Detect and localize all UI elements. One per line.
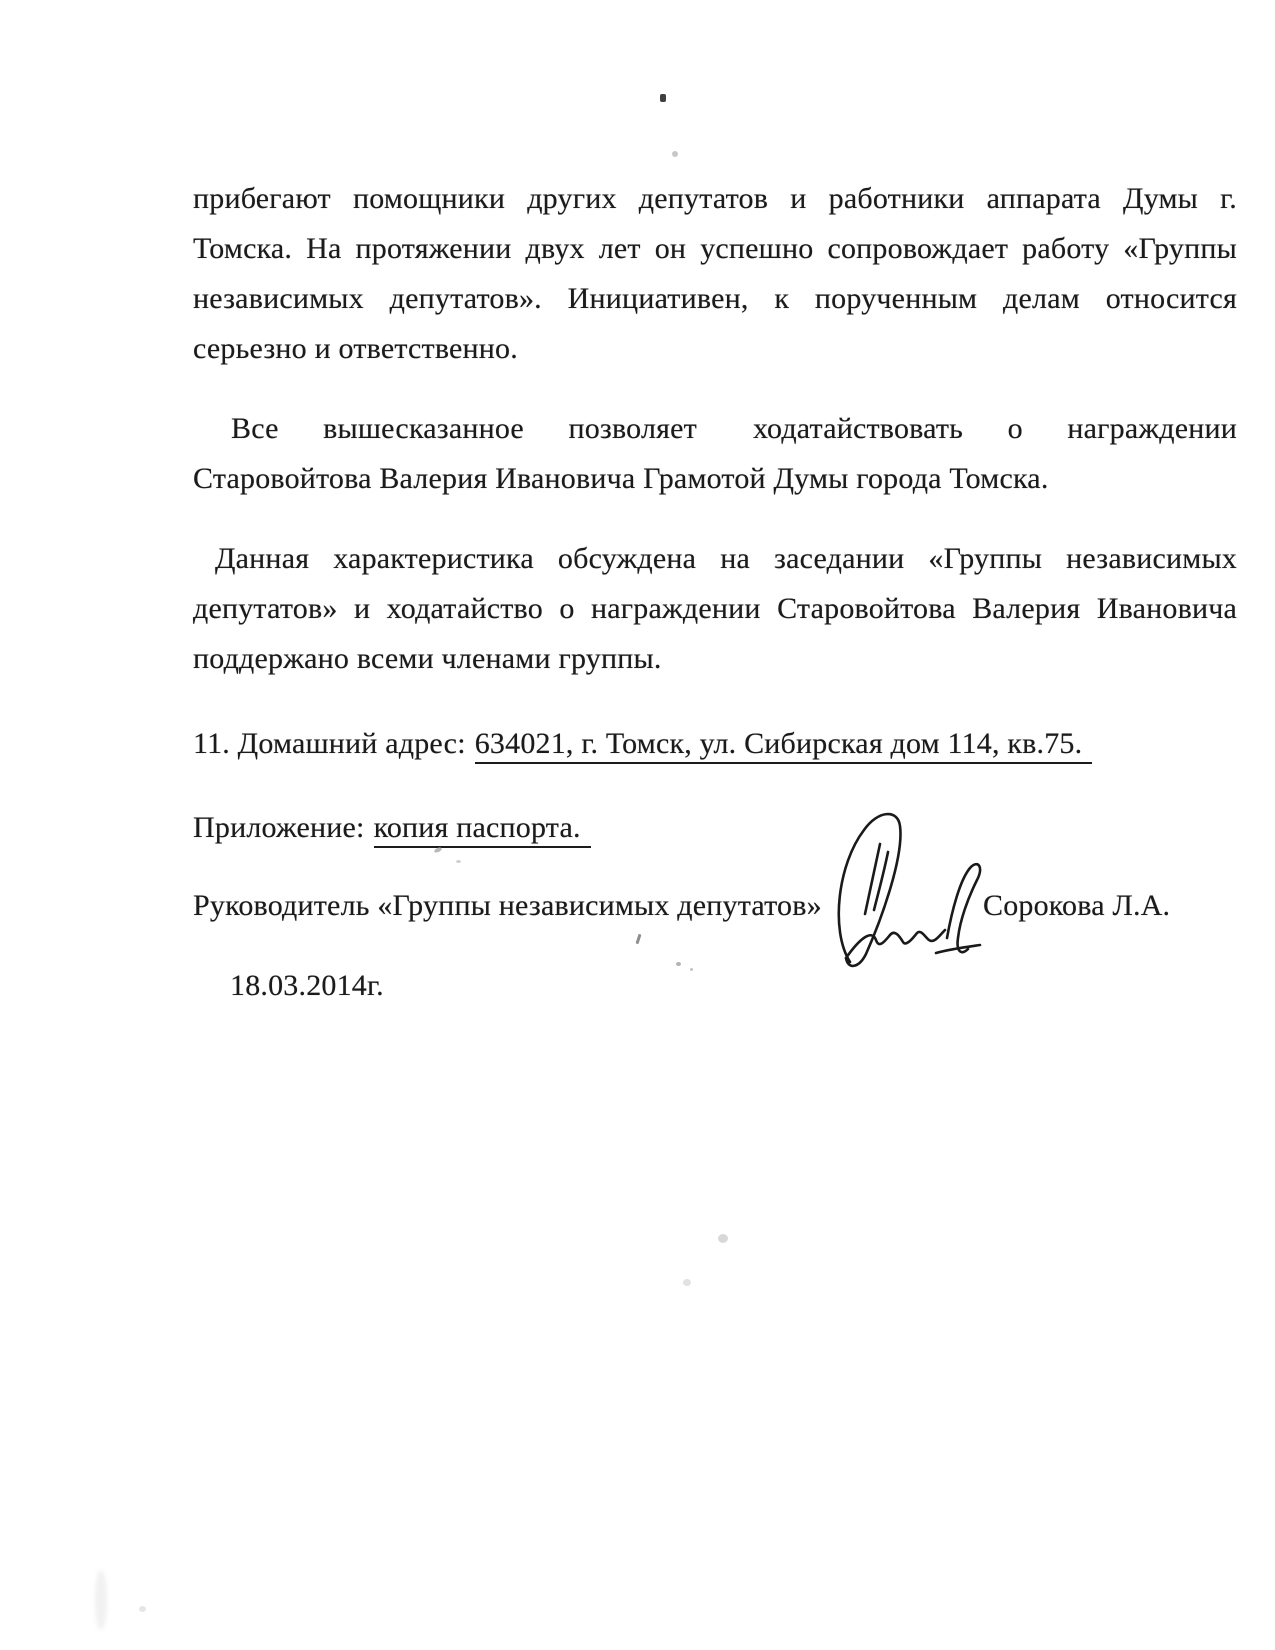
- attachment-label: Приложение:: [193, 811, 365, 844]
- home-address-value: 634021, г. Томск, ул. Сибирская дом 114,…: [475, 727, 1093, 764]
- text-line: прибегают помощники других депутатов и р…: [193, 174, 1237, 224]
- paragraph-2: Все вышесказанное позволяетходатайствова…: [193, 404, 1237, 504]
- scan-speck: [718, 1234, 728, 1243]
- document-body: прибегают помощники других депутатов и р…: [193, 174, 1237, 1011]
- attachment-value: копия паспорта.: [374, 811, 591, 848]
- text-segment: ходатайствовать о награждении: [753, 412, 1237, 445]
- text-line: независимых депутатов». Инициативен, к п…: [193, 274, 1237, 324]
- scan-speck: [139, 1606, 146, 1612]
- text-line: Томска. На протяжении двух лет он успешн…: [193, 224, 1237, 274]
- scan-speck: [690, 968, 693, 971]
- scan-speck: [676, 962, 681, 966]
- home-address-label: 11. Домашний адрес:: [193, 727, 466, 760]
- text-line: Все вышесказанное позволяетходатайствова…: [193, 404, 1237, 454]
- text-line: серьезно и ответственно.: [193, 324, 1237, 374]
- scan-speck: [95, 1570, 107, 1630]
- paragraph-1: прибегают помощники других депутатов и р…: [193, 174, 1237, 374]
- home-address-line: 11. Домашний адрес:634021, г. Томск, ул.…: [193, 719, 1237, 769]
- text-segment: Все вышесказанное позволяет: [231, 412, 697, 445]
- date-line: 18.03.2014г.: [193, 961, 1237, 1011]
- text-line: депутатов» и ходатайство о награждении С…: [193, 584, 1237, 634]
- scan-speck: [683, 1279, 691, 1286]
- attachment-line: Приложение:копия паспорта.: [193, 803, 1237, 853]
- signature-line: Руководитель «Группы независимых депутат…: [193, 881, 1237, 931]
- scan-speck: [660, 94, 666, 102]
- handwritten-signature: [818, 810, 1008, 975]
- signature-title: Руководитель «Группы независимых депутат…: [193, 889, 822, 922]
- text-line: Данная характеристика обсуждена на засед…: [193, 534, 1237, 584]
- signer-name: Сорокова Л.А.: [983, 881, 1170, 931]
- text-line: Старовойтова Валерия Ивановича Грамотой …: [193, 454, 1237, 504]
- scan-speck: [456, 860, 461, 863]
- paragraph-3: Данная характеристика обсуждена на засед…: [193, 534, 1237, 684]
- document-page: прибегают помощники других депутатов и р…: [0, 0, 1275, 1650]
- text-line: поддержано всеми членами группы.: [193, 634, 1237, 684]
- scan-speck: [672, 151, 678, 157]
